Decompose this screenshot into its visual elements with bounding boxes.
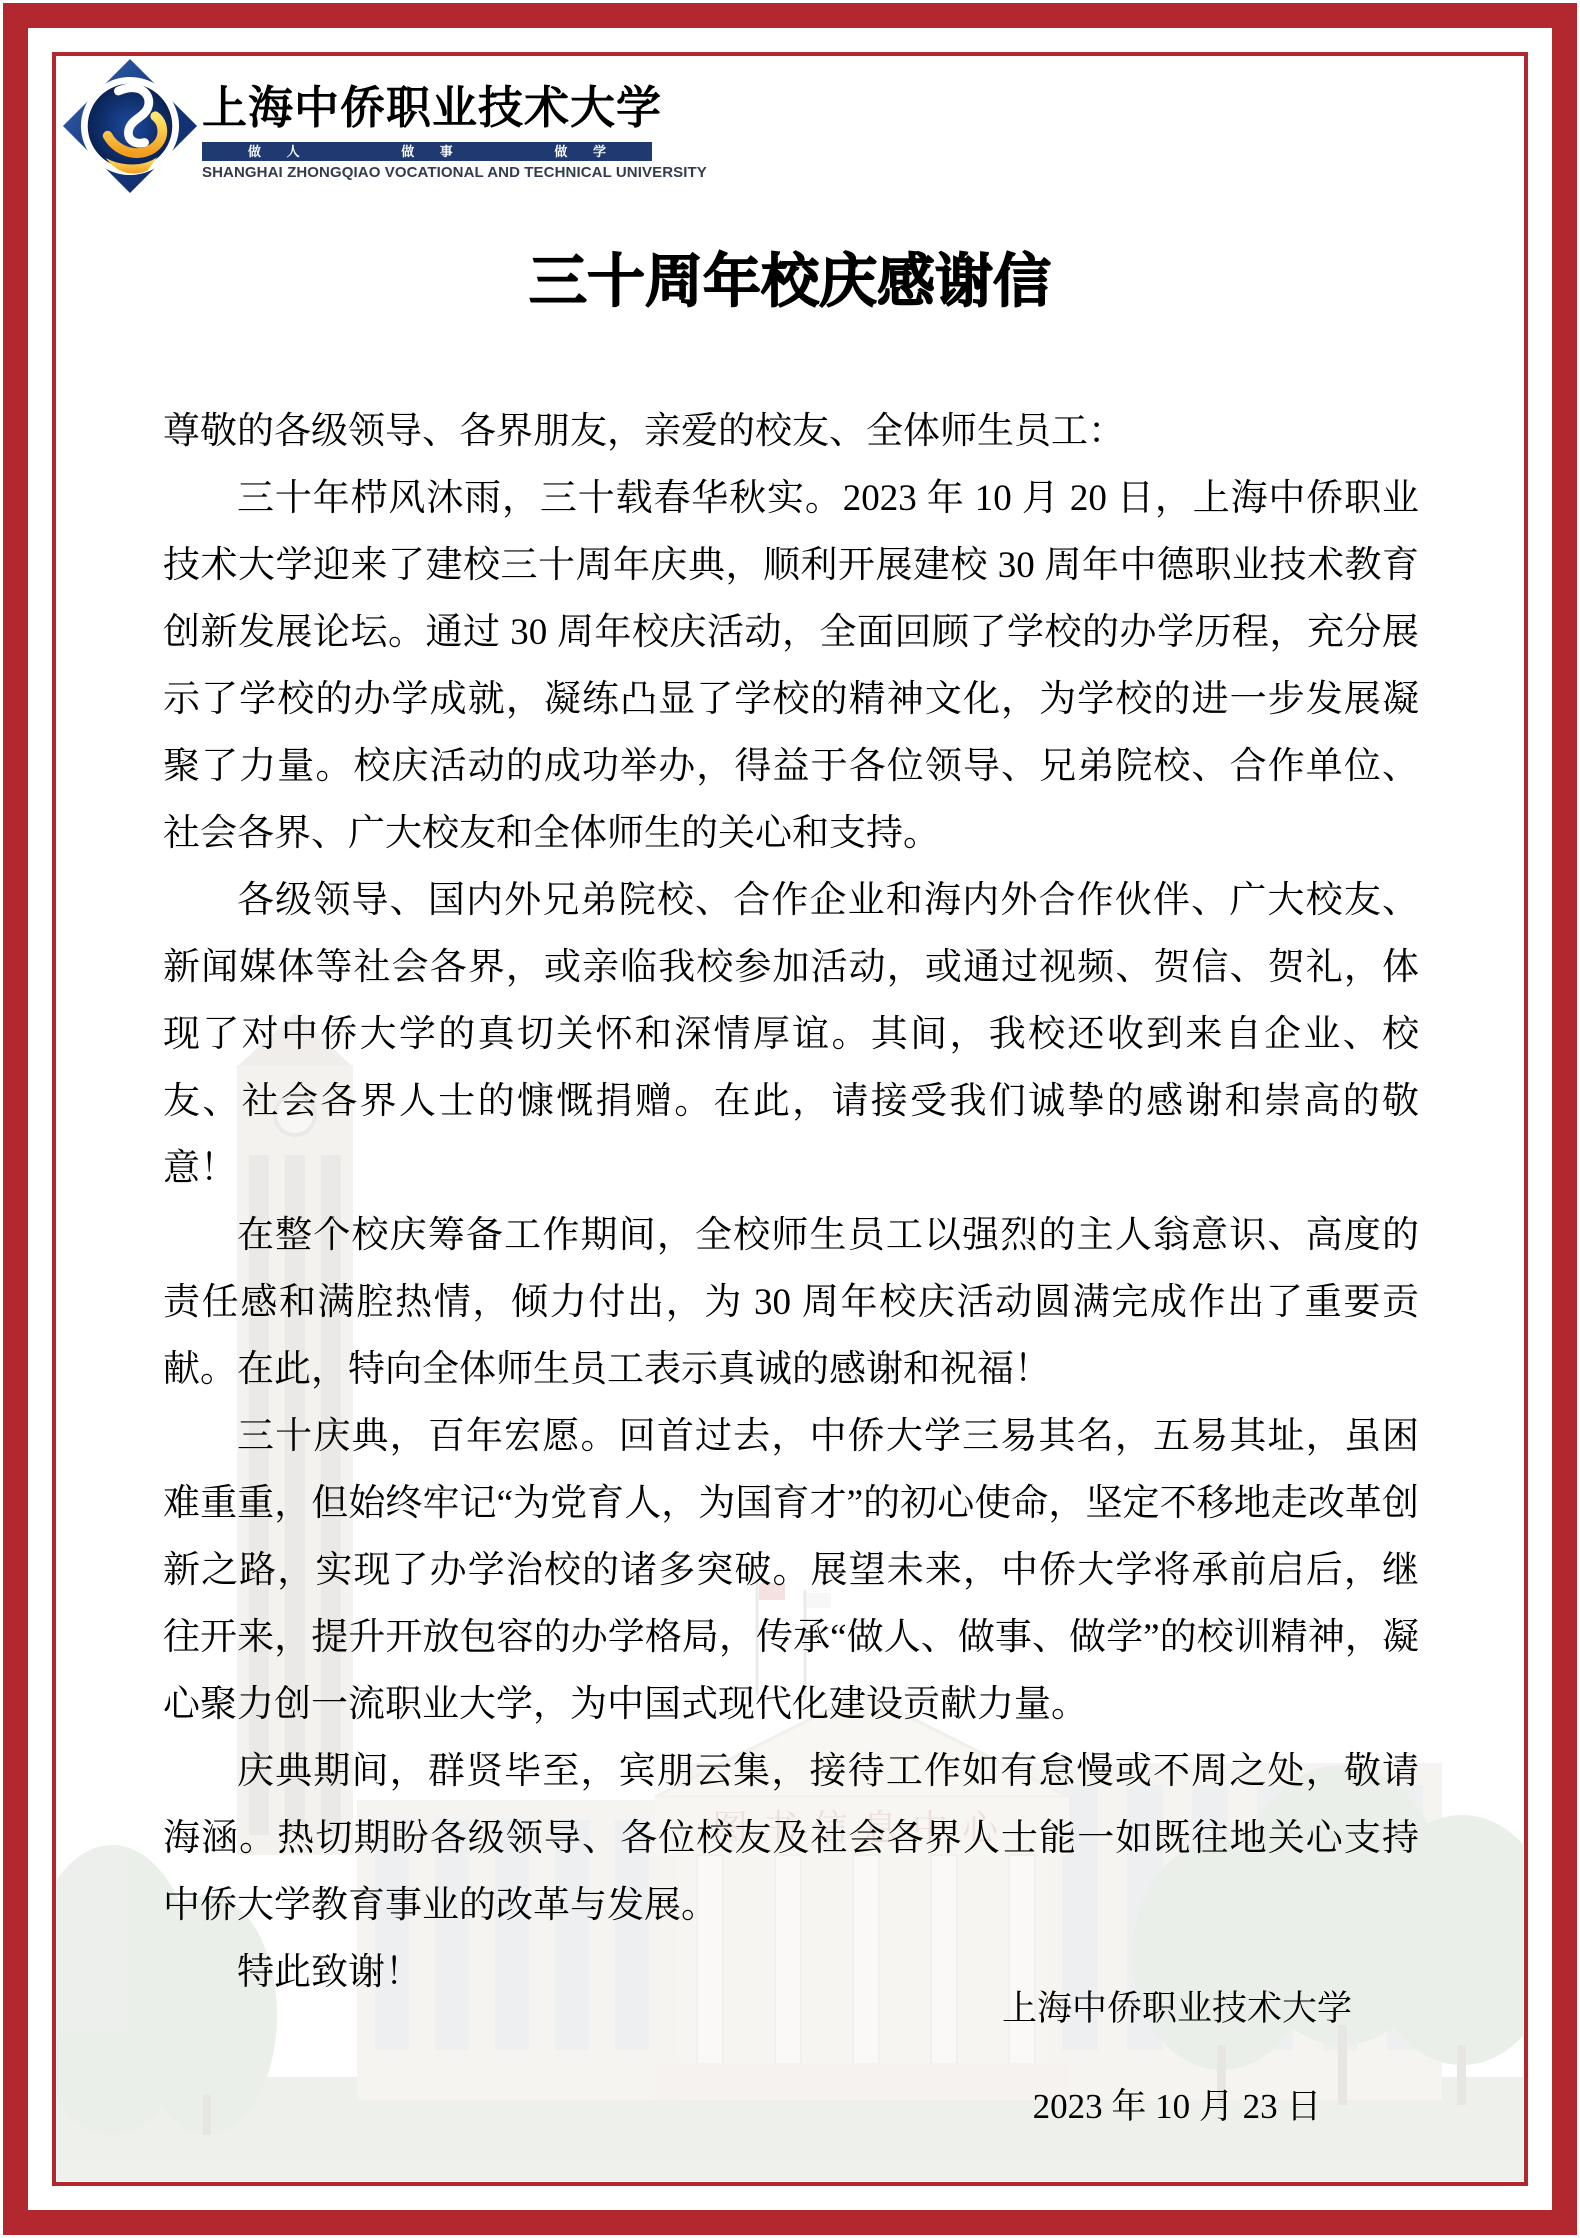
signature-block: 上海中侨职业技术大学 2023 年 10 月 23 日 xyxy=(1002,1988,1352,2128)
school-name-zh: 上海中侨职业技术大学 xyxy=(202,64,652,142)
motto-bar: 做 人 做 事 做 学 xyxy=(202,142,652,161)
header-block: 上海中侨职业技术大学 做 人 做 事 做 学 SHANGHAI ZHONGQIA… xyxy=(202,64,652,181)
letter-paragraph-4: 三十庆典，百年宏愿。回首过去，中侨大学三易其名，五易其址，虽困难重重，但始终牢记… xyxy=(163,1403,1419,1738)
letter-body: 尊敬的各级领导、各界朋友，亲爱的校友、全体师生员工： 三十年栉风沐雨，三十载春华… xyxy=(163,398,1419,2006)
letter-paragraph-5: 庆典期间，群贤毕至，宾朋云集，接待工作如有怠慢或不周之处，敬请海涵。热切期盼各级… xyxy=(163,1738,1419,1939)
letter-page: 图书信息中心 xyxy=(0,0,1580,2238)
motto-item-2: 做 事 xyxy=(401,145,453,158)
letter-paragraph-2: 各级领导、国内外兄弟院校、合作企业和海内外合作伙伴、广大校友、新闻媒体等社会各界… xyxy=(163,867,1419,1202)
university-logo-icon xyxy=(62,58,198,194)
motto-item-1: 做 人 xyxy=(248,145,300,158)
motto-item-3: 做 学 xyxy=(554,145,606,158)
greeting-line: 尊敬的各级领导、各界朋友，亲爱的校友、全体师生员工： xyxy=(163,398,1419,465)
signature-date: 2023 年 10 月 23 日 xyxy=(1002,2086,1352,2128)
letter-paragraph-3: 在整个校庆筹备工作期间，全校师生员工以强烈的主人翁意识、高度的责任感和满腔热情，… xyxy=(163,1202,1419,1403)
letter-title: 三十周年校庆感谢信 xyxy=(0,234,1580,318)
school-name-en: SHANGHAI ZHONGQIAO VOCATIONAL AND TECHNI… xyxy=(202,164,652,181)
signature-name: 上海中侨职业技术大学 xyxy=(1002,1988,1352,2030)
letter-paragraph-1: 三十年栉风沐雨，三十载春华秋实。2023 年 10 月 20 日，上海中侨职业技… xyxy=(163,465,1419,867)
